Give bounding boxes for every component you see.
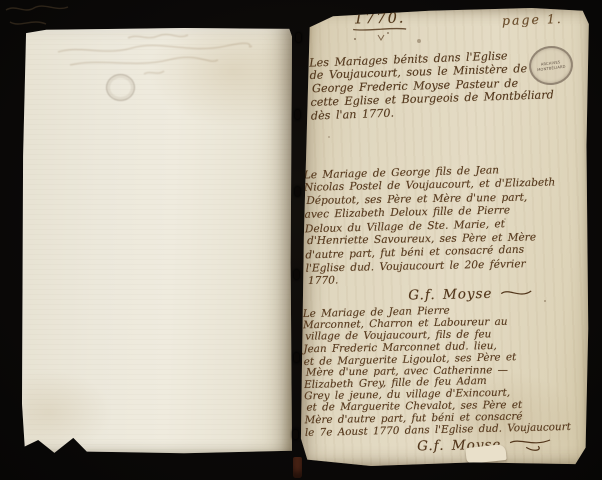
left-page xyxy=(22,28,292,455)
register-heading-entry: Les Mariages bénits dans l'Eglise de Vou… xyxy=(309,48,563,122)
page-corner-fold xyxy=(465,444,506,464)
right-page: 1770. page 1. ARCHIVES MONTBÉLIARD Les M… xyxy=(298,8,590,466)
faint-stamp xyxy=(106,74,135,101)
signature-flourish xyxy=(500,287,534,300)
year-heading-text: 1770. xyxy=(354,11,406,28)
gutter-stitch xyxy=(294,353,299,362)
page-number-label: page 1. xyxy=(502,11,563,28)
ink-specks xyxy=(298,8,300,10)
signature-flourish xyxy=(508,437,552,454)
gutter-stitch xyxy=(295,187,300,196)
marriage-entry-1: Le Mariage de George fils de Jean Nicola… xyxy=(304,163,565,304)
gutter-stitch xyxy=(296,33,301,42)
year-heading: 1770. xyxy=(354,11,408,33)
gutter-stitch xyxy=(293,430,298,439)
pastor-signature-text: G.f. Moyse xyxy=(408,285,493,303)
pastor-signature: G.f. Moyse xyxy=(408,286,564,303)
photo-backdrop: 1770. page 1. ARCHIVES MONTBÉLIARD Les M… xyxy=(0,0,602,480)
bleedthrough-marks xyxy=(40,32,255,78)
bookmark-tassel xyxy=(293,457,302,478)
year-flourish-mark xyxy=(376,34,386,42)
marriage-entry-2: Le Mariage de Jean Pierre Marconnet, Cha… xyxy=(303,304,568,458)
gutter-stitch xyxy=(295,110,300,119)
gutter-stitch xyxy=(294,270,299,279)
